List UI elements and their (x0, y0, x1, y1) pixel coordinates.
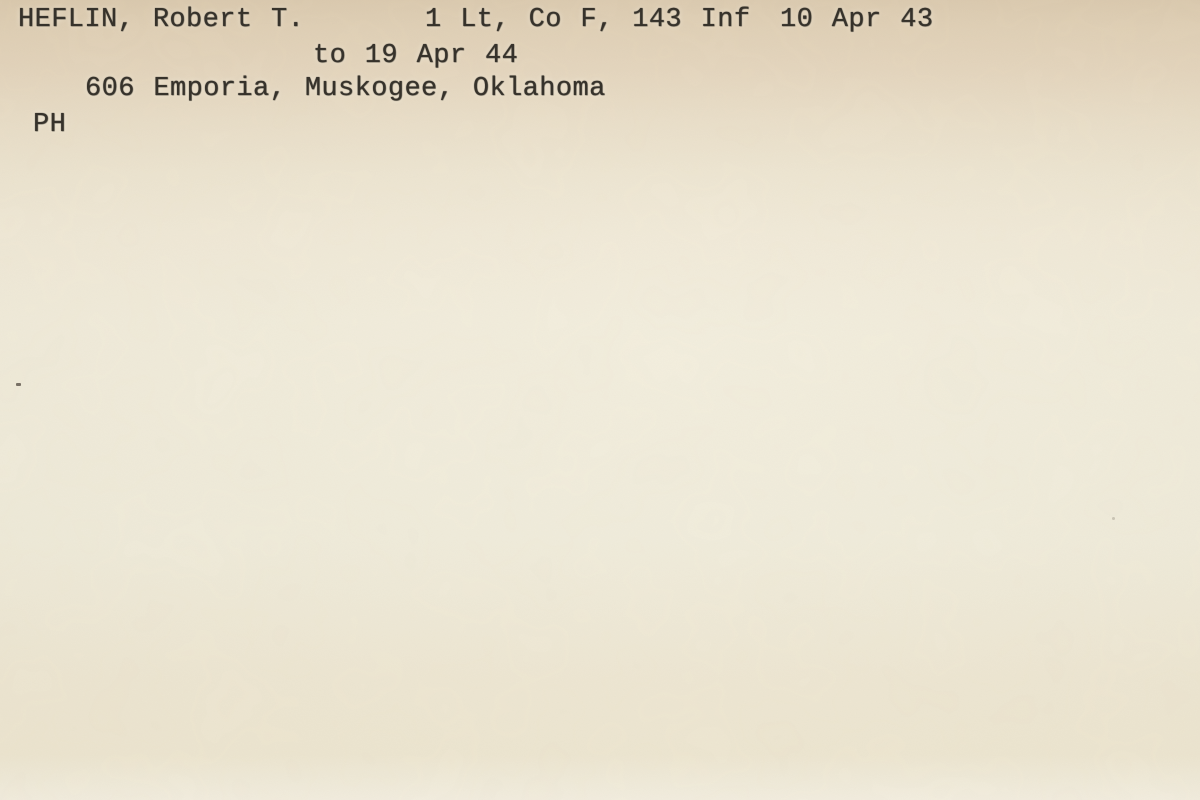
ink-speck-faint (1112, 517, 1115, 520)
service-index-card: HEFLIN, Robert T. 1 Lt, Co F, 143 Inf 10… (0, 0, 1200, 800)
award-code: PH (33, 112, 66, 139)
ink-speck (16, 383, 21, 386)
rank-unit-field: 1 Lt, Co F, 143 Inf (425, 7, 750, 34)
paper-texture (0, 0, 1200, 800)
address-field: 606 Emporia, Muskogee, Oklahoma (85, 76, 606, 103)
service-end-date: to 19 Apr 44 (313, 43, 518, 70)
service-start-date: 10 Apr 43 (780, 7, 933, 34)
soldier-name: HEFLIN, Robert T. (18, 7, 304, 34)
